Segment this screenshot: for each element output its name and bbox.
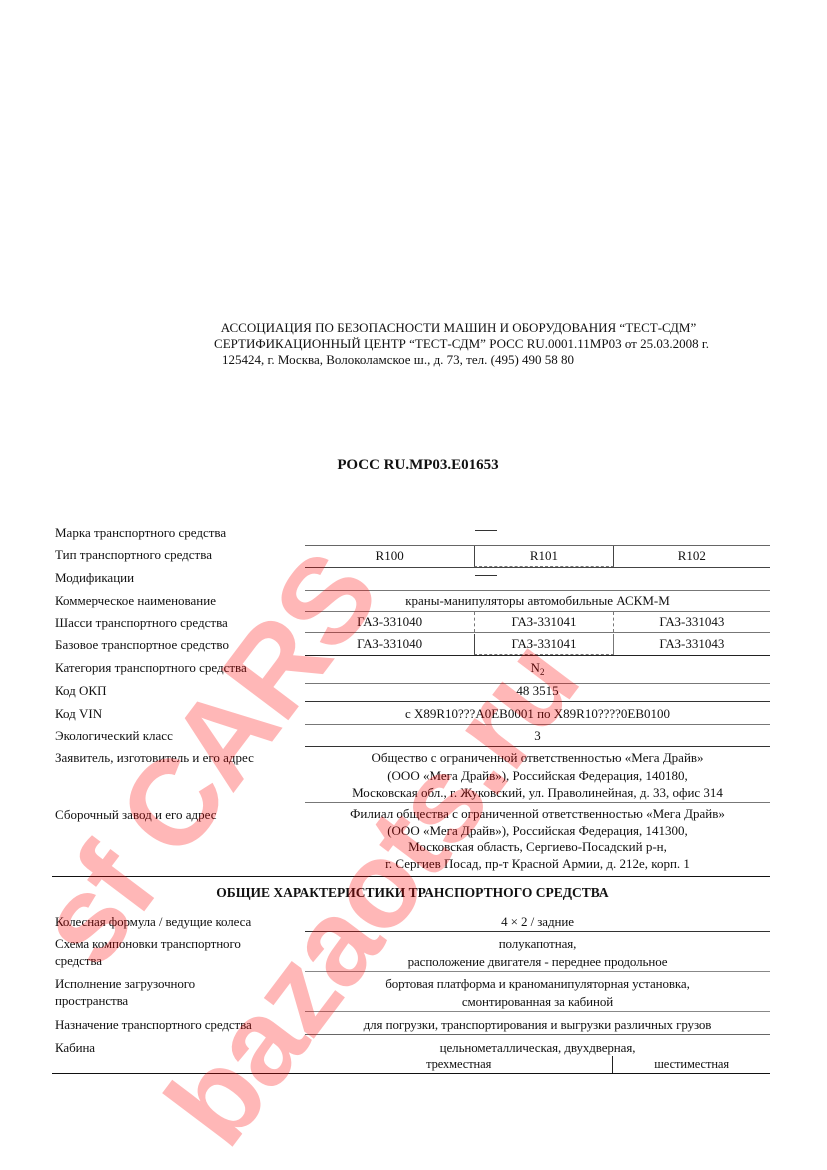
certification-center-header: СЕРТИФИКАЦИОННЫЙ ЦЕНТР “ТЕСТ-СДМ” РОСС R…: [48, 337, 827, 351]
category-subscript: 2: [540, 667, 545, 677]
label-cabin: Кабина: [55, 1039, 300, 1056]
row-commercial-name: Коммерческое наименование краны-манипуля…: [55, 590, 770, 612]
row-applicant: Заявитель, изготовитель и его адрес Обще…: [55, 749, 770, 803]
certificate-number: РОСС RU.МР03.Е01653: [0, 457, 827, 474]
assembly-plant-value: Филиал общества с ограниченной ответстве…: [305, 806, 770, 872]
cargo-line: смонтированная за кабиной: [305, 993, 770, 1011]
type-values: R100 R101 R102: [305, 545, 770, 568]
row-chassis: Шасси транспортного средства ГАЗ-331040 …: [55, 612, 770, 634]
layout-line: полукапотная,: [305, 935, 770, 953]
cabin-options: трехместная шестиместная: [305, 1056, 770, 1073]
applicant-line: (ООО «Мега Драйв»), Российская Федерация…: [305, 767, 770, 785]
row-type: Тип транспортного средства R100 R101 R10…: [55, 545, 770, 567]
label-type: Тип транспортного средства: [55, 546, 300, 563]
chassis-value: ГАЗ-331040: [305, 612, 474, 632]
cargo-line: бортовая платформа и краноманипуляторная…: [305, 975, 770, 993]
base-vehicle-value: ГАЗ-331043: [614, 634, 770, 654]
type-value: R100: [305, 546, 474, 566]
row-cabin: Кабина цельнометаллическая, двухдверная,…: [55, 1039, 770, 1073]
label-eco-class: Экологический класс: [55, 727, 300, 744]
chassis-values: ГАЗ-331040 ГАЗ-331041 ГАЗ-331043: [305, 612, 770, 633]
base-vehicle-value: ГАЗ-331041: [474, 634, 613, 655]
okp-value: 48 3515: [305, 680, 770, 702]
type-value: R102: [614, 546, 770, 566]
label-layout: Схема компоновки транспортного средства: [55, 935, 300, 969]
brand-dash: [475, 530, 497, 531]
cabin-line1: цельнометаллическая, двухдверная,: [305, 1039, 770, 1056]
label-modifications: Модификации: [55, 569, 300, 586]
label-chassis: Шасси транспортного средства: [55, 614, 300, 631]
label-cargo-line: Исполнение загрузочного: [55, 975, 300, 992]
row-vin: Код VIN с X89R10???A0EB0001 по X89R10???…: [55, 703, 770, 725]
eco-class-value: 3: [305, 725, 770, 747]
cargo-value: бортовая платформа и краноманипуляторная…: [305, 975, 770, 1012]
applicant-line: Общество с ограниченной ответственностью…: [305, 749, 770, 767]
modifications-dash: [475, 575, 497, 576]
row-modifications: Модификации: [55, 569, 770, 587]
cabin-option-right: шестиместная: [612, 1056, 770, 1073]
assembly-line: Московская область, Сергиево-Посадский р…: [305, 839, 770, 856]
label-category: Категория транспортного средства: [55, 659, 300, 676]
label-assembly-plant: Сборочный завод и его адрес: [55, 806, 300, 823]
chassis-value: ГАЗ-331043: [614, 612, 770, 632]
association-header: АССОЦИАЦИЯ ПО БЕЗОПАСНОСТИ МАШИН И ОБОРУ…: [45, 321, 827, 335]
cabin-option-left: трехместная: [305, 1056, 612, 1073]
row-assembly-plant: Сборочный завод и его адрес Филиал общес…: [55, 806, 770, 876]
row-base-vehicle: Базовое транспортное средство ГАЗ-331040…: [55, 634, 770, 656]
layout-line: расположение двигателя - переднее продол…: [305, 953, 770, 971]
row-layout: Схема компоновки транспортного средства …: [55, 935, 770, 973]
label-base-vehicle: Базовое транспортное средство: [55, 636, 300, 653]
row-eco-class: Экологический класс 3: [55, 725, 770, 747]
assembly-line: г. Сергиев Посад, пр-т Красной Армии, д.…: [305, 856, 770, 873]
label-layout-line: средства: [55, 952, 300, 969]
assembly-line: (ООО «Мега Драйв»), Российская Федерация…: [305, 823, 770, 840]
wheel-formula-value: 4 × 2 / задние: [305, 912, 770, 932]
assembly-line: Филиал общества с ограниченной ответстве…: [305, 806, 770, 823]
category-letter: N: [531, 660, 540, 675]
label-cargo-line: пространства: [55, 992, 300, 1009]
label-cargo: Исполнение загрузочного пространства: [55, 975, 300, 1009]
layout-value: полукапотная, расположение двигателя - п…: [305, 935, 770, 972]
label-wheel-formula: Колесная формула / ведущие колеса: [55, 913, 300, 930]
section-title-general: ОБЩИЕ ХАРАКТЕРИСТИКИ ТРАНСПОРТНОГО СРЕДС…: [55, 885, 770, 901]
purpose-value: для погрузки, транспортирования и выгруз…: [305, 1015, 770, 1035]
commercial-name-value: краны-манипуляторы автомобильные АСКМ-М: [305, 590, 770, 612]
label-commercial-name: Коммерческое наименование: [55, 592, 300, 609]
section-divider: [52, 876, 770, 877]
address-header: 125424, г. Москва, Волоколамское ш., д. …: [0, 353, 827, 367]
row-okp: Код ОКП 48 3515: [55, 680, 770, 702]
row-purpose: Назначение транспортного средства для по…: [55, 1015, 770, 1037]
type-value: R101: [474, 546, 613, 567]
base-vehicle-value: ГАЗ-331040: [305, 634, 474, 654]
row-brand: Марка транспортного средства: [55, 524, 770, 542]
label-applicant: Заявитель, изготовитель и его адрес: [55, 749, 300, 766]
row-category: Категория транспортного средства N2: [55, 657, 770, 679]
label-purpose: Назначение транспортного средства: [55, 1016, 300, 1033]
base-vehicle-values: ГАЗ-331040 ГАЗ-331041 ГАЗ-331043: [305, 634, 770, 656]
row-wheel-formula: Колесная формула / ведущие колеса 4 × 2 …: [55, 912, 770, 934]
bottom-divider: [52, 1073, 770, 1074]
certificate-page: АССОЦИАЦИЯ ПО БЕЗОПАСНОСТИ МАШИН И ОБОРУ…: [0, 0, 827, 1170]
row-cargo: Исполнение загрузочного пространства бор…: [55, 975, 770, 1013]
label-vin: Код VIN: [55, 705, 300, 722]
applicant-value: Общество с ограниченной ответственностью…: [305, 749, 770, 803]
label-okp: Код ОКП: [55, 682, 300, 699]
applicant-line: Московская обл., г. Жуковский, ул. Право…: [305, 784, 770, 802]
label-layout-line: Схема компоновки транспортного: [55, 935, 300, 952]
vin-value: с X89R10???A0EB0001 по X89R10????0EB0100: [305, 703, 770, 725]
chassis-value: ГАЗ-331041: [474, 612, 613, 632]
label-brand: Марка транспортного средства: [55, 524, 300, 541]
